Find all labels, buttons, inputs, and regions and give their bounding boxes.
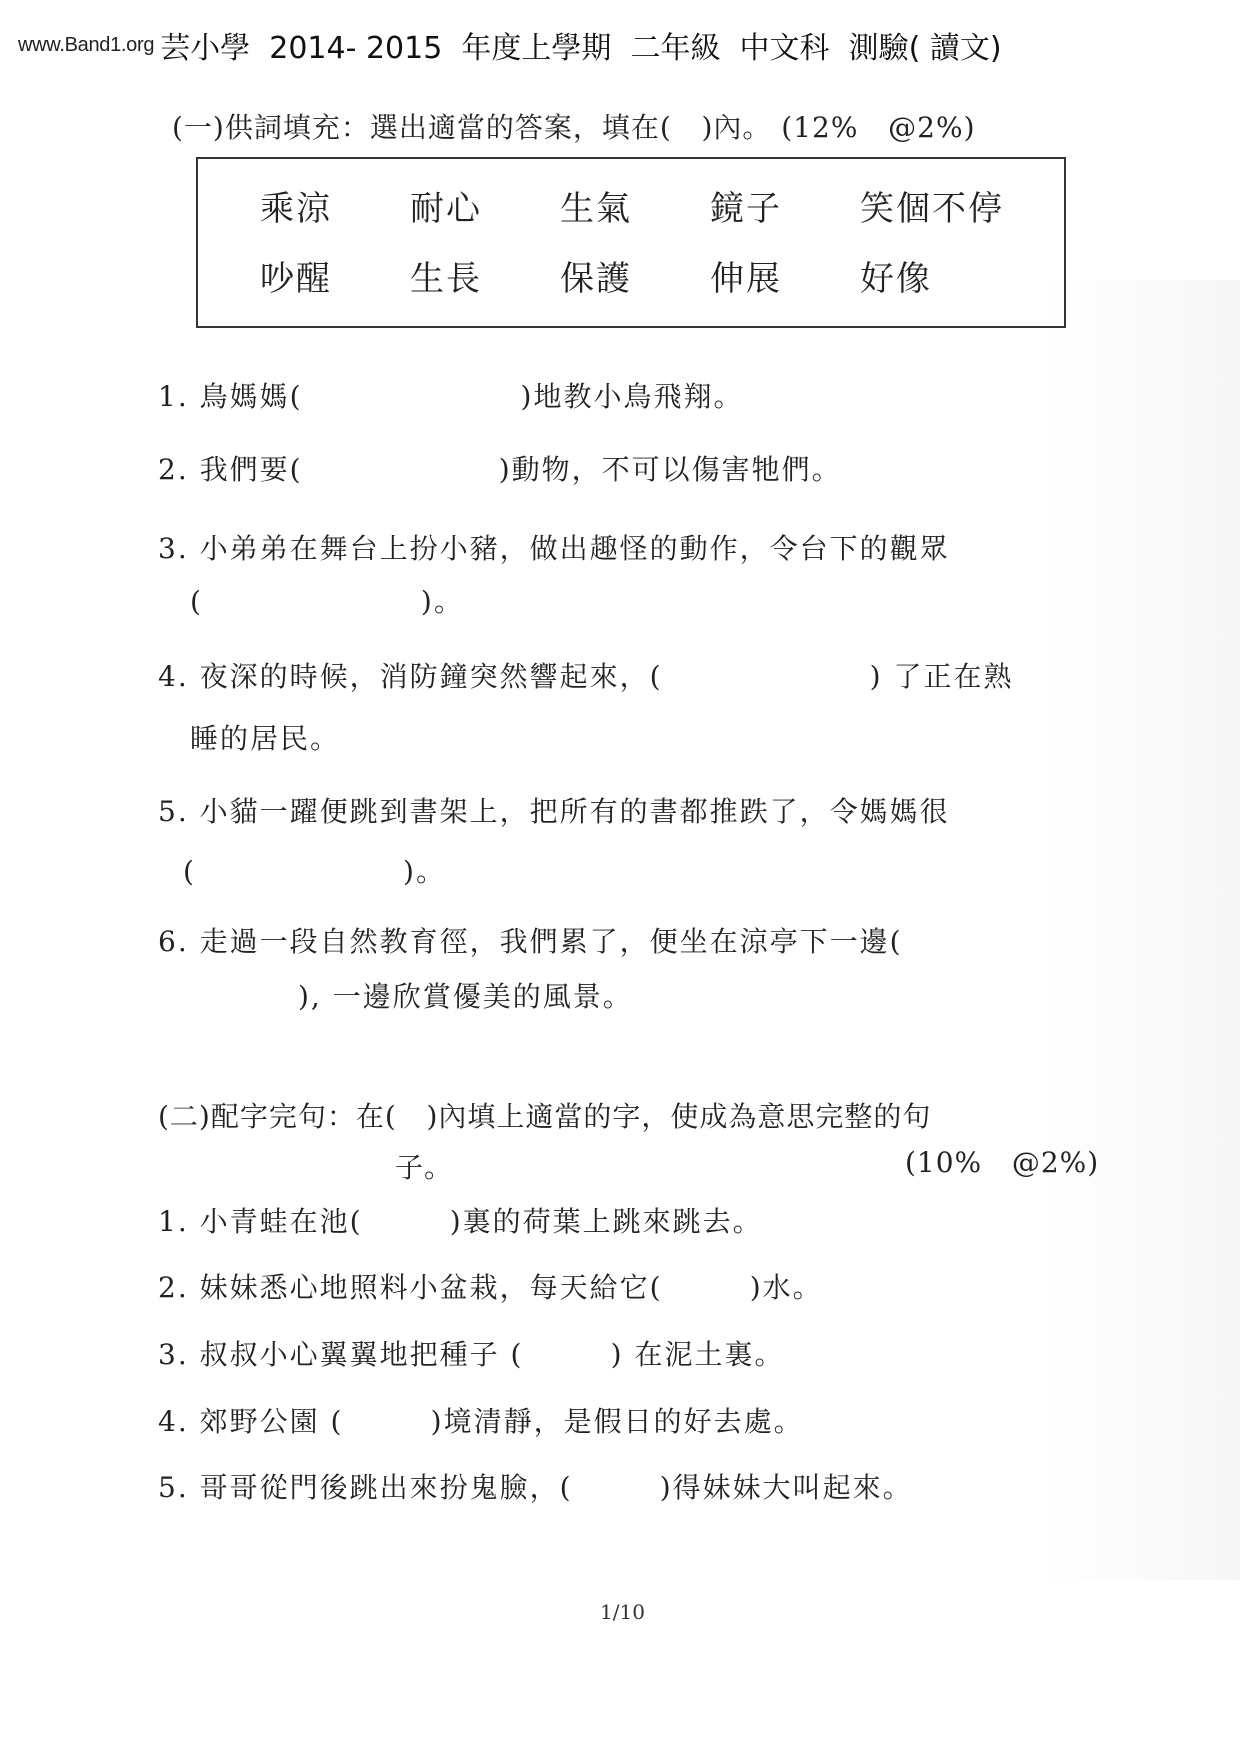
s2-question-1: 1. 小青蛙在池( )裏的荷葉上跳來跳去。: [158, 1200, 763, 1240]
section2-title-line2: 子。: [395, 1146, 453, 1186]
s2-question-2: 2. 妹妹悉心地照料小盆栽，每天給它( )水。: [158, 1266, 823, 1306]
s1-question-5: 5. 小貓一躍便跳到書架上，把所有的書都推跌了，令媽媽很: [158, 790, 950, 830]
s1-question-3: 3. 小弟弟在舞台上扮小豬，做出趣怪的動作，令台下的觀眾: [158, 527, 950, 567]
s1-question-6-line2: ), 一邊欣賞優美的風景。: [298, 975, 633, 1015]
page-number: 1/10: [600, 1600, 645, 1624]
word-bank-item: 乘涼: [260, 181, 410, 230]
word-bank-item: 吵醒: [260, 251, 410, 300]
s1-question-6: 6. 走過一段自然教育徑，我們累了，便坐在涼亭下一邊(: [158, 920, 903, 960]
word-bank-item: 保護: [560, 251, 710, 300]
word-bank-item: 好像: [860, 251, 1010, 300]
word-bank-item: 笑個不停: [860, 181, 1060, 230]
s1-question-2: 2. 我們要( )動物，不可以傷害牠們。: [158, 448, 842, 488]
scan-shading: [1040, 280, 1240, 1580]
s1-question-4: 4. 夜深的時候，消防鐘突然響起來，( ) 了正在熟: [158, 655, 1013, 695]
s1-question-5-line2: ( )。: [183, 850, 446, 890]
s1-question-4-line2: 睡的居民。: [190, 717, 340, 757]
section2-title: (二)配字完句：在( )內填上適當的字，使成為意思完整的句: [158, 1095, 931, 1135]
s2-question-4: 4. 郊野公園 ( )境清靜，是假日的好去處。: [158, 1400, 804, 1440]
word-bank-item: 伸展: [710, 251, 860, 300]
word-bank-row-2: 吵醒 生長 保護 伸展 好像: [260, 251, 1010, 300]
word-bank-item: 鏡子: [710, 181, 860, 230]
section1-title: (一)供詞填充：選出適當的答案，填在( )內。 (12% @2%): [172, 106, 976, 146]
word-bank-item: 耐心: [410, 181, 560, 230]
word-bank-box: 乘涼 耐心 生氣 鏡子 笑個不停 吵醒 生長 保護 伸展 好像: [196, 157, 1066, 328]
page-header: www.Band1.org 芸小學 2014- 2015 年度上學期 二年級 中…: [18, 22, 1002, 68]
word-bank-item: 生氣: [560, 181, 710, 230]
s2-question-5: 5. 哥哥從門後跳出來扮鬼臉，( )得妹妹大叫起來。: [158, 1466, 913, 1506]
word-bank-item: 生長: [410, 251, 560, 300]
exam-title: 芸小學 2014- 2015 年度上學期 二年級 中文科 測驗( 讀文): [160, 23, 1001, 67]
s1-question-1: 1. 鳥媽媽( )地教小鳥飛翔。: [158, 375, 743, 415]
s2-question-3: 3. 叔叔小心翼翼地把種子 ( ) 在泥土裏。: [158, 1333, 784, 1373]
word-bank-row-1: 乘涼 耐心 生氣 鏡子 笑個不停: [260, 181, 1060, 230]
watermark: www.Band1.org: [18, 34, 154, 57]
s1-question-3-line2: ( )。: [190, 580, 464, 620]
section2-score: (10% @2%): [905, 1146, 1099, 1179]
